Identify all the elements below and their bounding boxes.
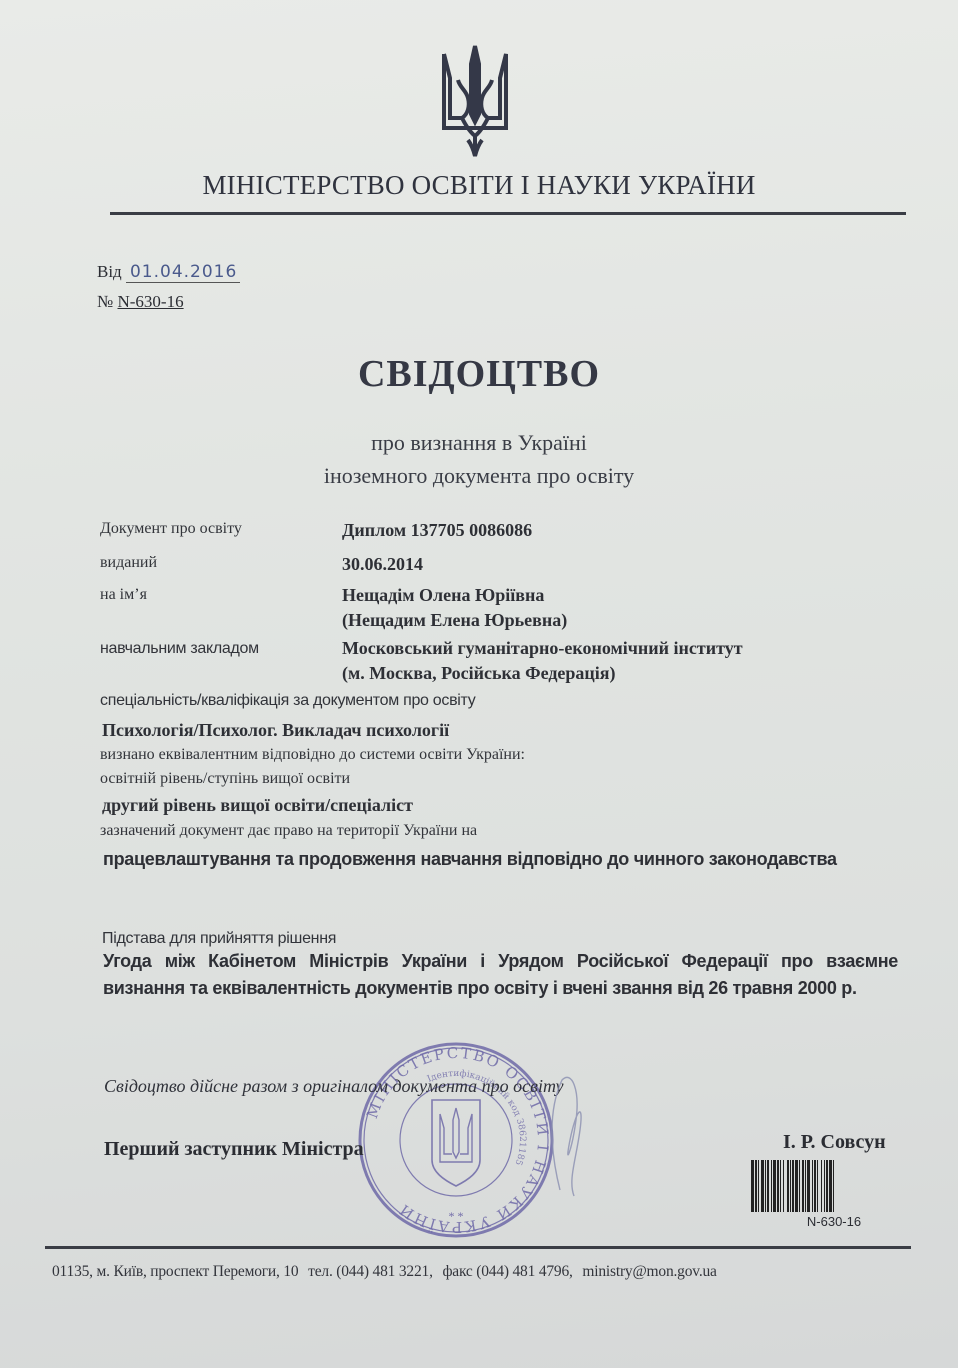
- ministry-name: МІНІСТЕРСТВО ОСВІТИ І НАУКИ УКРАЇНИ: [0, 170, 958, 201]
- institution-location: (м. Москва, Російська Федерація): [342, 661, 743, 686]
- specialty-value: Психологія/Психолог. Викладач психології: [102, 720, 449, 741]
- footer-phone: тел. (044) 481 3221,: [308, 1263, 433, 1280]
- name-russian: (Нещадим Елена Юрьевна): [342, 608, 567, 633]
- education-level-label: освітній рівень/ступінь вищої освіти: [100, 770, 350, 788]
- number-label: №: [97, 292, 113, 311]
- education-level-value: другий рівень вищої освіти/спеціаліст: [102, 795, 413, 816]
- basis-value: Угода між Кабінетом Міністрів України і …: [103, 948, 898, 1002]
- specialty-label: спеціальність/кваліфікація за документом…: [100, 692, 475, 710]
- header-divider: [110, 212, 906, 215]
- subtitle-line-2: іноземного документа про освіту: [0, 459, 958, 492]
- basis-label: Підстава для прийняття рішення: [102, 930, 336, 948]
- reference-number: N-630-16: [117, 292, 183, 311]
- validity-note: Свідоцтво дійсне разом з оригіналом доку…: [104, 1076, 563, 1097]
- rights-value: працевлаштування та продовження навчання…: [103, 846, 898, 873]
- field-label-institution: навчальним закладом: [100, 640, 259, 658]
- footer-divider: [45, 1246, 911, 1249]
- field-value-issued: 30.06.2014: [342, 552, 423, 577]
- certificate-subtitle: про визнання в Україні іноземного докуме…: [0, 426, 958, 492]
- trident-emblem-icon: [438, 44, 512, 158]
- reference-date-row: Від 01.04.2016: [97, 262, 240, 283]
- reference-number-row: № N-630-16: [97, 292, 184, 312]
- signer-title: Перший заступник Міністра: [104, 1138, 364, 1161]
- field-label-issued: виданий: [100, 554, 157, 572]
- handwritten-signature-icon: [540, 1070, 590, 1200]
- field-value-document: Диплом 137705 0086086: [342, 518, 532, 543]
- from-label: Від: [97, 262, 122, 281]
- field-label-document: Документ про освіту: [100, 520, 242, 538]
- certificate-title: СВІДОЦТВО: [0, 352, 958, 396]
- equivalence-label: визнано еквівалентним відповідно до сист…: [100, 746, 525, 764]
- official-stamp-icon: МІНІСТЕРСТВО ОСВІТИ І НАУКИ УКРАЇНИ Іден…: [356, 1040, 556, 1240]
- footer-contacts: 01135, м. Київ, проспект Перемоги, 10 те…: [52, 1263, 723, 1281]
- footer-email[interactable]: ministry@mon.gov.ua: [582, 1263, 716, 1280]
- name-ukrainian: Нещадім Олена Юріївна: [342, 583, 567, 608]
- subtitle-line-1: про визнання в Україні: [0, 426, 958, 459]
- svg-text:* *: * *: [449, 1209, 464, 1223]
- barcode-icon: [751, 1160, 917, 1212]
- footer-fax: факс (044) 481 4796,: [442, 1263, 572, 1280]
- signer-name: І. Р. Совсун: [783, 1131, 886, 1154]
- field-label-name: на ім’я: [100, 586, 147, 604]
- rights-label: зазначений документ дає право на територ…: [100, 822, 477, 840]
- field-value-institution: Московський гуманітарно-економічний інст…: [342, 636, 743, 686]
- handwritten-date: 01.04.2016: [126, 262, 240, 283]
- field-value-name: Нещадім Олена Юріївна (Нещадим Елена Юрь…: [342, 583, 567, 633]
- footer-address: 01135, м. Київ, проспект Перемоги, 10: [52, 1263, 298, 1280]
- barcode-number: N-630-16: [751, 1214, 917, 1229]
- institution-name: Московський гуманітарно-економічний інст…: [342, 636, 743, 661]
